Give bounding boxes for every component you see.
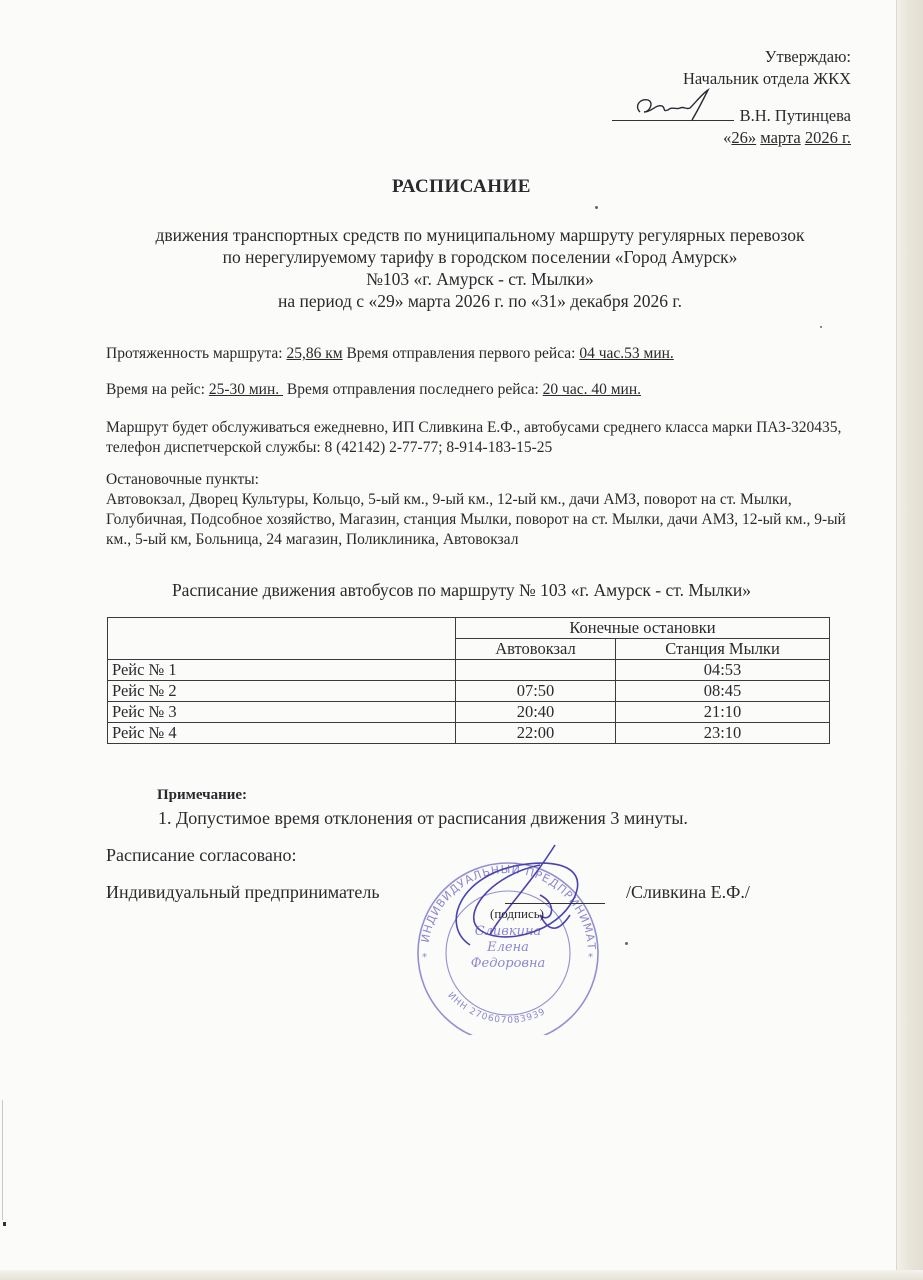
date-year: 2026 г. (805, 128, 851, 147)
date-day: 26 (731, 128, 748, 147)
document-title: РАСПИСАНИЕ (0, 176, 923, 198)
time-cell: 20:40 (456, 702, 616, 723)
approval-block: Утверждаю: Начальник отдела ЖКХ В.Н. Пут… (612, 46, 851, 149)
first-departure-value: 04 час.53 мин. (579, 345, 673, 362)
time-cell: 22:00 (456, 723, 616, 744)
table-row: Рейс № 1 04:53 (108, 660, 830, 681)
approval-date: «26» марта 2026 г. (612, 127, 851, 149)
scan-speck (820, 326, 822, 328)
route-length-label: Протяженность маршрута: (106, 345, 283, 362)
last-departure-value: 20 час. 40 мин. (543, 381, 641, 398)
trip-label: Рейс № 1 (108, 660, 456, 681)
time-cell: 21:10 (616, 702, 830, 723)
subtitle-line: по нерегулируемому тарифу в городском по… (90, 246, 870, 268)
signature-icon (632, 88, 722, 122)
svg-text:Федоровна: Федоровна (471, 956, 546, 971)
route-length-row: Протяженность маршрута: 25,86 км Время о… (106, 344, 861, 364)
subtitle-line: №103 «г. Амурск - ст. Мылки» (90, 268, 870, 290)
time-cell (456, 660, 616, 681)
schedule-title: Расписание движения автобусов по маршрут… (0, 580, 923, 601)
party-label: Индивидуальный предприниматель (106, 882, 380, 903)
agreement-label: Расписание согласовано: (106, 845, 297, 866)
stops-label: Остановочные пункты: (106, 470, 861, 490)
svg-text:*: * (588, 952, 593, 963)
time-cell: 23:10 (616, 723, 830, 744)
trip-label: Рейс № 3 (108, 702, 456, 723)
seal-stamp-icon: ИНДИВИДУАЛЬНЫЙ ПРЕДПРИНИМАТЕЛЬ ИНН 27060… (400, 835, 615, 1035)
approve-word: Утверждаю: (612, 46, 851, 68)
signature-blank (612, 104, 734, 121)
stops-section: Остановочные пункты: Автовокзал, Дворец … (106, 470, 861, 550)
note-heading: Примечание: (157, 787, 247, 804)
approver-name: В.Н. Путинцева (740, 106, 851, 125)
approver-signature-line: В.Н. Путинцева (612, 104, 851, 127)
scan-artifact-line (2, 1100, 3, 1220)
subtitle-line: движения транспортных средств по муницип… (90, 224, 870, 246)
service-info: Маршрут будет обслуживаться ежедневно, И… (106, 418, 861, 458)
time-cell: 04:53 (616, 660, 830, 681)
note-item: 1. Допустимое время отклонения от распис… (158, 808, 688, 829)
table-header-row: Конечные остановки (108, 618, 830, 639)
page-edge-bottom (0, 1270, 923, 1280)
route-length-value: 25,86 км (286, 345, 342, 362)
svg-text:Елена: Елена (486, 940, 529, 955)
svg-text:ИНН 270607083939: ИНН 270607083939 (445, 991, 547, 1026)
trip-label: Рейс № 2 (108, 681, 456, 702)
trip-time-value: 25-30 мин. (209, 381, 283, 398)
signature-caption: (подпись) (490, 906, 544, 922)
document-subtitle: движения транспортных средств по муницип… (90, 224, 870, 312)
scan-speck (625, 942, 628, 945)
first-departure-label: Время отправления первого рейса: (346, 345, 575, 362)
table-row: Рейс № 4 22:00 23:10 (108, 723, 830, 744)
approver-position: Начальник отдела ЖКХ (612, 68, 851, 90)
trip-time-row: Время на рейс: 25-30 мин. Время отправле… (106, 380, 861, 400)
last-departure-label: Время отправления последнего рейса: (287, 381, 539, 398)
party-name: /Сливкина Е.Ф./ (626, 882, 750, 903)
table-row: Рейс № 2 07:50 08:45 (108, 681, 830, 702)
table-row: Рейс № 3 20:40 21:10 (108, 702, 830, 723)
stops-list: Автовокзал, Дворец Культуры, Кольцо, 5-ы… (106, 490, 861, 550)
group-header: Конечные остановки (456, 618, 830, 639)
date-quote-close: » (748, 128, 756, 147)
time-cell: 08:45 (616, 681, 830, 702)
column-header: Автовокзал (456, 639, 616, 660)
scan-speck (3, 1222, 6, 1226)
subtitle-line: на период с «29» марта 2026 г. по «31» д… (90, 290, 870, 312)
schedule-table: Конечные остановки Автовокзал Станция Мы… (107, 617, 830, 744)
date-month: марта (760, 128, 800, 147)
trip-time-label: Время на рейс: (106, 381, 205, 398)
signature-line (505, 903, 605, 904)
time-cell: 07:50 (456, 681, 616, 702)
trip-label: Рейс № 4 (108, 723, 456, 744)
svg-text:*: * (422, 952, 427, 963)
table-corner-cell (108, 618, 456, 660)
column-header: Станция Мылки (616, 639, 830, 660)
scan-speck (595, 206, 598, 209)
